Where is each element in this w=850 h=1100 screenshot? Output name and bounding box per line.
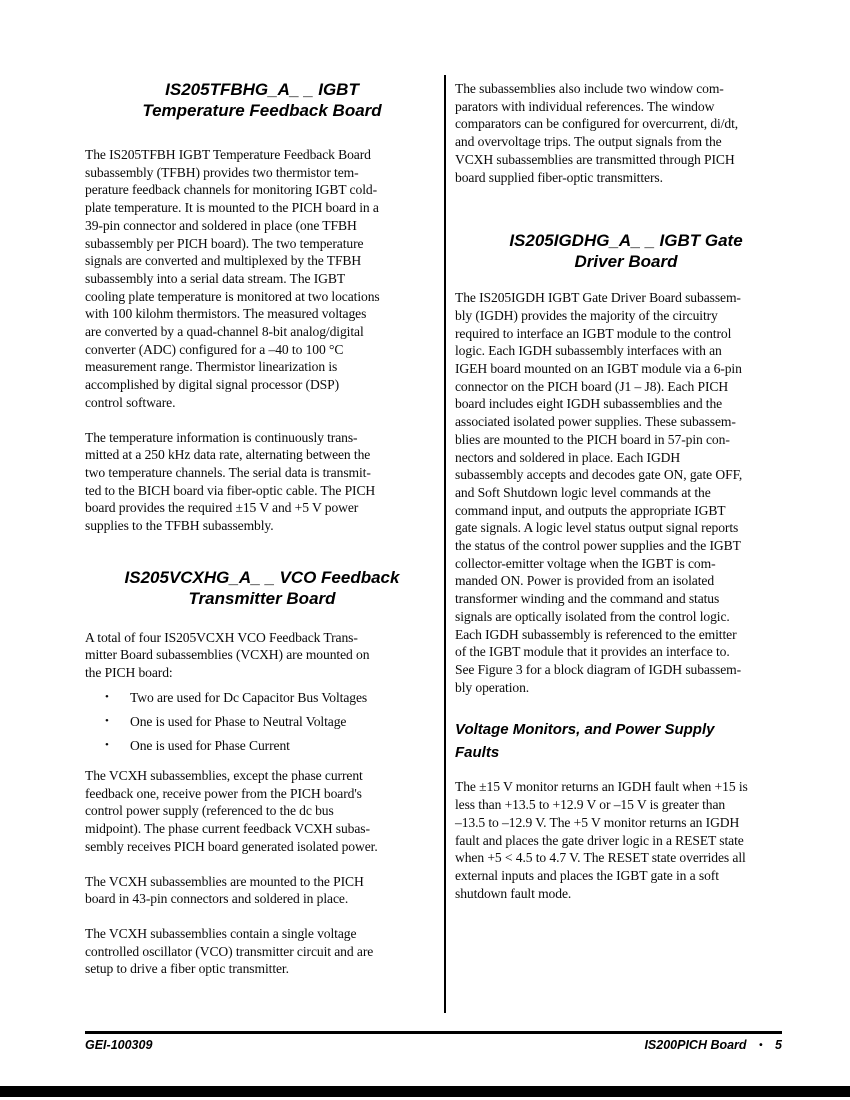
- vcxh-intro-paragraph: A total of four IS205VCXH VCO Feedback T…: [85, 629, 439, 682]
- vcxh-bullet-list: • Two are used for Dc Capacitor Bus Volt…: [85, 689, 439, 755]
- igdh-section-heading: IS205IGDHG_A_ _ IGBT Gate Driver Board: [455, 230, 797, 272]
- list-item: • One is used for Phase Current: [85, 737, 439, 755]
- footer-doc-number: GEI-100309: [85, 1038, 152, 1052]
- right-column: The subassemblies also include two windo…: [455, 75, 797, 919]
- tfbh-paragraph-2: The temperature information is continuou…: [85, 429, 439, 535]
- window-comparator-paragraph: The subassemblies also include two windo…: [455, 80, 797, 186]
- list-item: • One is used for Phase to Neutral Volta…: [85, 713, 439, 731]
- vcxh-paragraph-2: The VCXH subassemblies are mounted to th…: [85, 873, 439, 908]
- page-bottom-bar: [0, 1086, 850, 1097]
- igdh-paragraph-1: The IS205IGDH IGBT Gate Driver Board sub…: [455, 289, 797, 696]
- left-column: IS205TFBHG_A_ _ IGBT Temperature Feedbac…: [85, 75, 439, 995]
- footer-rule: [85, 1031, 782, 1034]
- list-item: • Two are used for Dc Capacitor Bus Volt…: [85, 689, 439, 707]
- list-item-text: One is used for Phase to Neutral Voltage: [130, 714, 346, 729]
- bullet-icon: •: [105, 689, 109, 707]
- vcxh-paragraph-1: The VCXH subassemblies, except the phase…: [85, 767, 439, 856]
- footer-page-number: 5: [775, 1038, 782, 1052]
- tfbh-section-heading: IS205TFBHG_A_ _ IGBT Temperature Feedbac…: [85, 79, 439, 121]
- voltage-monitors-paragraph: The ±15 V monitor returns an IGDH fault …: [455, 778, 797, 902]
- document-page: IS205TFBHG_A_ _ IGBT Temperature Feedbac…: [0, 0, 850, 1100]
- footer-board-name: IS200PICH Board: [644, 1038, 746, 1052]
- vcxh-paragraph-3: The VCXH subassemblies contain a single …: [85, 925, 439, 978]
- list-item-text: One is used for Phase Current: [130, 738, 290, 753]
- bullet-icon: •: [105, 713, 109, 731]
- page-footer: GEI-100309 IS200PICH Board • 5: [85, 1038, 782, 1052]
- tfbh-paragraph-1: The IS205TFBH IGBT Temperature Feedback …: [85, 146, 439, 412]
- voltage-monitors-subheading: Voltage Monitors, and Power Supply Fault…: [455, 718, 797, 764]
- bullet-icon: •: [105, 737, 109, 755]
- footer-board-info: IS200PICH Board • 5: [644, 1038, 782, 1052]
- vcxh-section-heading: IS205VCXHG_A_ _ VCO Feedback Transmitter…: [85, 567, 439, 609]
- list-item-text: Two are used for Dc Capacitor Bus Voltag…: [130, 690, 367, 705]
- footer-separator-bullet-icon: •: [759, 1040, 763, 1051]
- column-divider-rule: [444, 75, 446, 1013]
